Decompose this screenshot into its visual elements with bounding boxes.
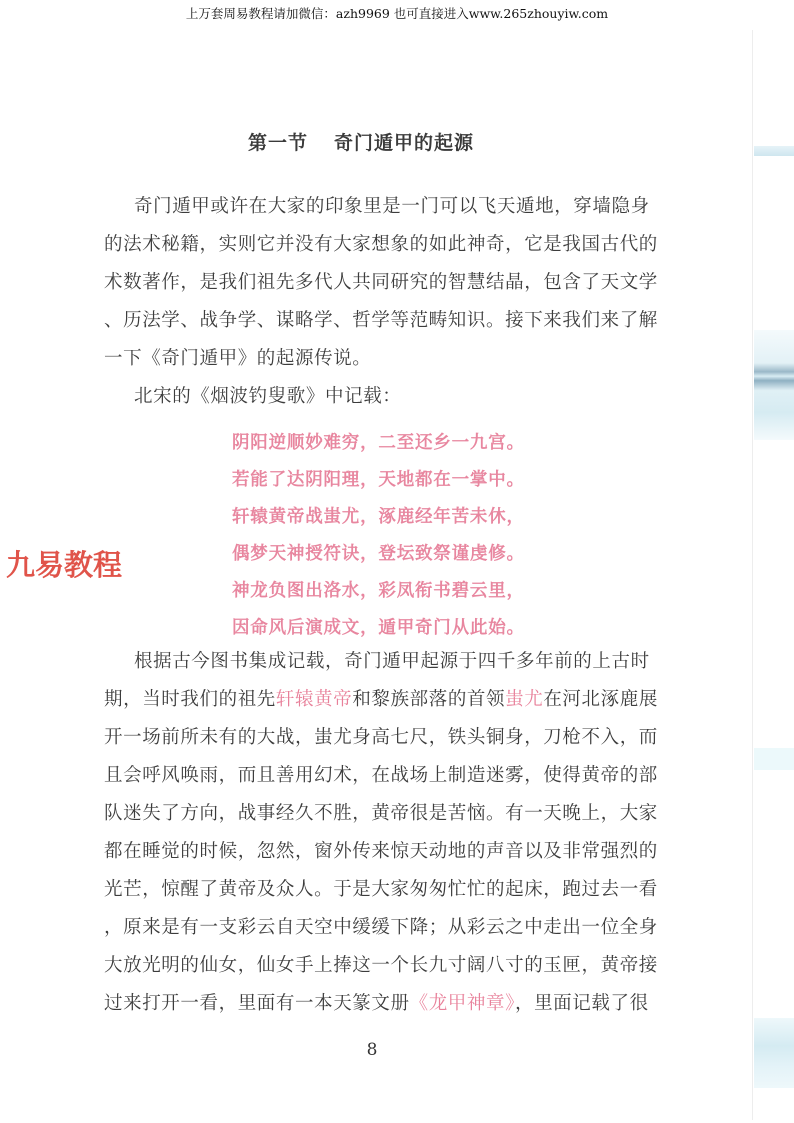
poem-line: 轩辕黄帝战蚩尤，涿鹿经年苦未休，: [232, 499, 525, 536]
paragraph-line: 奇门遁甲或许在大家的印象里是一门可以飞天遁地，穿墙隐身: [104, 188, 644, 226]
scan-artifact: [754, 330, 794, 440]
paragraph-line: 开一场前所未有的大战，蚩尤身高七尺，铁头铜身，刀枪不入，而: [104, 719, 644, 757]
section-number: 第一节: [248, 132, 308, 154]
poem-line: 若能了达阴阳理，天地都在一掌中。: [232, 462, 525, 499]
poem-line: 偶梦天神授符诀，登坛致祭谨虔修。: [232, 536, 525, 573]
scan-artifact: [754, 1018, 794, 1088]
text-segment: 过来打开一看，里面有一本天篆文册: [104, 993, 410, 1014]
paragraph-line: 且会呼风唤雨，而且善用幻术，在战场上制造迷雾，使得黄帝的部: [104, 757, 644, 795]
intro-paragraph: 奇门遁甲或许在大家的印象里是一门可以飞天遁地，穿墙隐身 的法术秘籍，实则它并没有…: [104, 188, 644, 378]
poem-line: 阴阳逆顺妙难穷，二至还乡一九宫。: [232, 425, 525, 462]
paragraph-line: 大放光明的仙女，仙女手上捧这一个长九寸阔八寸的玉匣，黄帝接: [104, 947, 644, 985]
text-segment: 和黎族部落的首领: [352, 689, 505, 710]
paragraph-line: 的法术秘籍，实则它并没有大家想象的如此神奇，它是我国古代的: [104, 226, 644, 264]
highlight-book-title: 《龙甲神章》: [410, 993, 515, 1014]
quote-intro-block: 北宋的《烟波钓叟歌》中记载：: [104, 378, 644, 416]
paragraph-line: 期，当时我们的祖先轩辕黄帝和黎族部落的首领蚩尤在河北涿鹿展: [104, 681, 644, 719]
quote-intro: 北宋的《烟波钓叟歌》中记载：: [104, 378, 644, 416]
paragraph-line: 术数著作，是我们祖先多代人共同研究的智慧结晶，包含了天文学: [104, 264, 644, 302]
page-number: 8: [0, 1040, 744, 1060]
paragraph-line: 过来打开一看，里面有一本天篆文册《龙甲神章》，里面记载了很: [104, 985, 644, 1023]
scan-artifact: [754, 748, 794, 770]
highlight-name-chiyou: 蚩尤: [505, 689, 543, 710]
paragraph-line: 根据古今图书集成记载，奇门遁甲起源于四千多年前的上古时: [104, 643, 644, 681]
scan-edge-line: [752, 30, 753, 1120]
paragraph-line: 光芒，惊醒了黄帝及众人。于是大家匆匆忙忙的起床，跑过去一看: [104, 871, 644, 909]
section-title: 第一节奇门遁甲的起源: [0, 128, 722, 155]
poem-block: 阴阳逆顺妙难穷，二至还乡一九宫。 若能了达阴阳理，天地都在一掌中。 轩辕黄帝战蚩…: [232, 425, 525, 647]
header-banner: 上万套周易教程请加微信：azh9969 也可直接进入www.265zhouyiw…: [0, 4, 794, 22]
text-segment: 期，当时我们的祖先: [104, 689, 276, 710]
highlight-name-xuanyuan-huangdi: 轩辕黄帝: [276, 689, 352, 710]
poem-line: 神龙负图出洛水，彩凤衔书碧云里，: [232, 573, 525, 610]
text-segment: ，里面记载了很: [515, 993, 649, 1014]
watermark-logo: 九易教程: [6, 543, 122, 584]
text-segment: 在河北涿鹿展: [543, 689, 658, 710]
story-paragraph: 根据古今图书集成记载，奇门遁甲起源于四千多年前的上古时 期，当时我们的祖先轩辕黄…: [104, 643, 644, 1023]
section-title-text: 奇门遁甲的起源: [334, 132, 474, 154]
paragraph-line: 都在睡觉的时候，忽然，窗外传来惊天动地的声音以及非常强烈的: [104, 833, 644, 871]
paragraph-line: ，原来是有一支彩云自天空中缓缓下降；从彩云之中走出一位全身: [104, 909, 644, 947]
paragraph-line: 队迷失了方向，战事经久不胜，黄帝很是苦恼。有一天晚上，大家: [104, 795, 644, 833]
paragraph-line: 、历法学、战争学、谋略学、哲学等范畴知识。接下来我们来了解: [104, 302, 644, 340]
poem-line: 因命风后演成文，遁甲奇门从此始。: [232, 610, 525, 647]
scan-artifact: [754, 146, 794, 156]
paragraph-line: 一下《奇门遁甲》的起源传说。: [104, 340, 644, 378]
